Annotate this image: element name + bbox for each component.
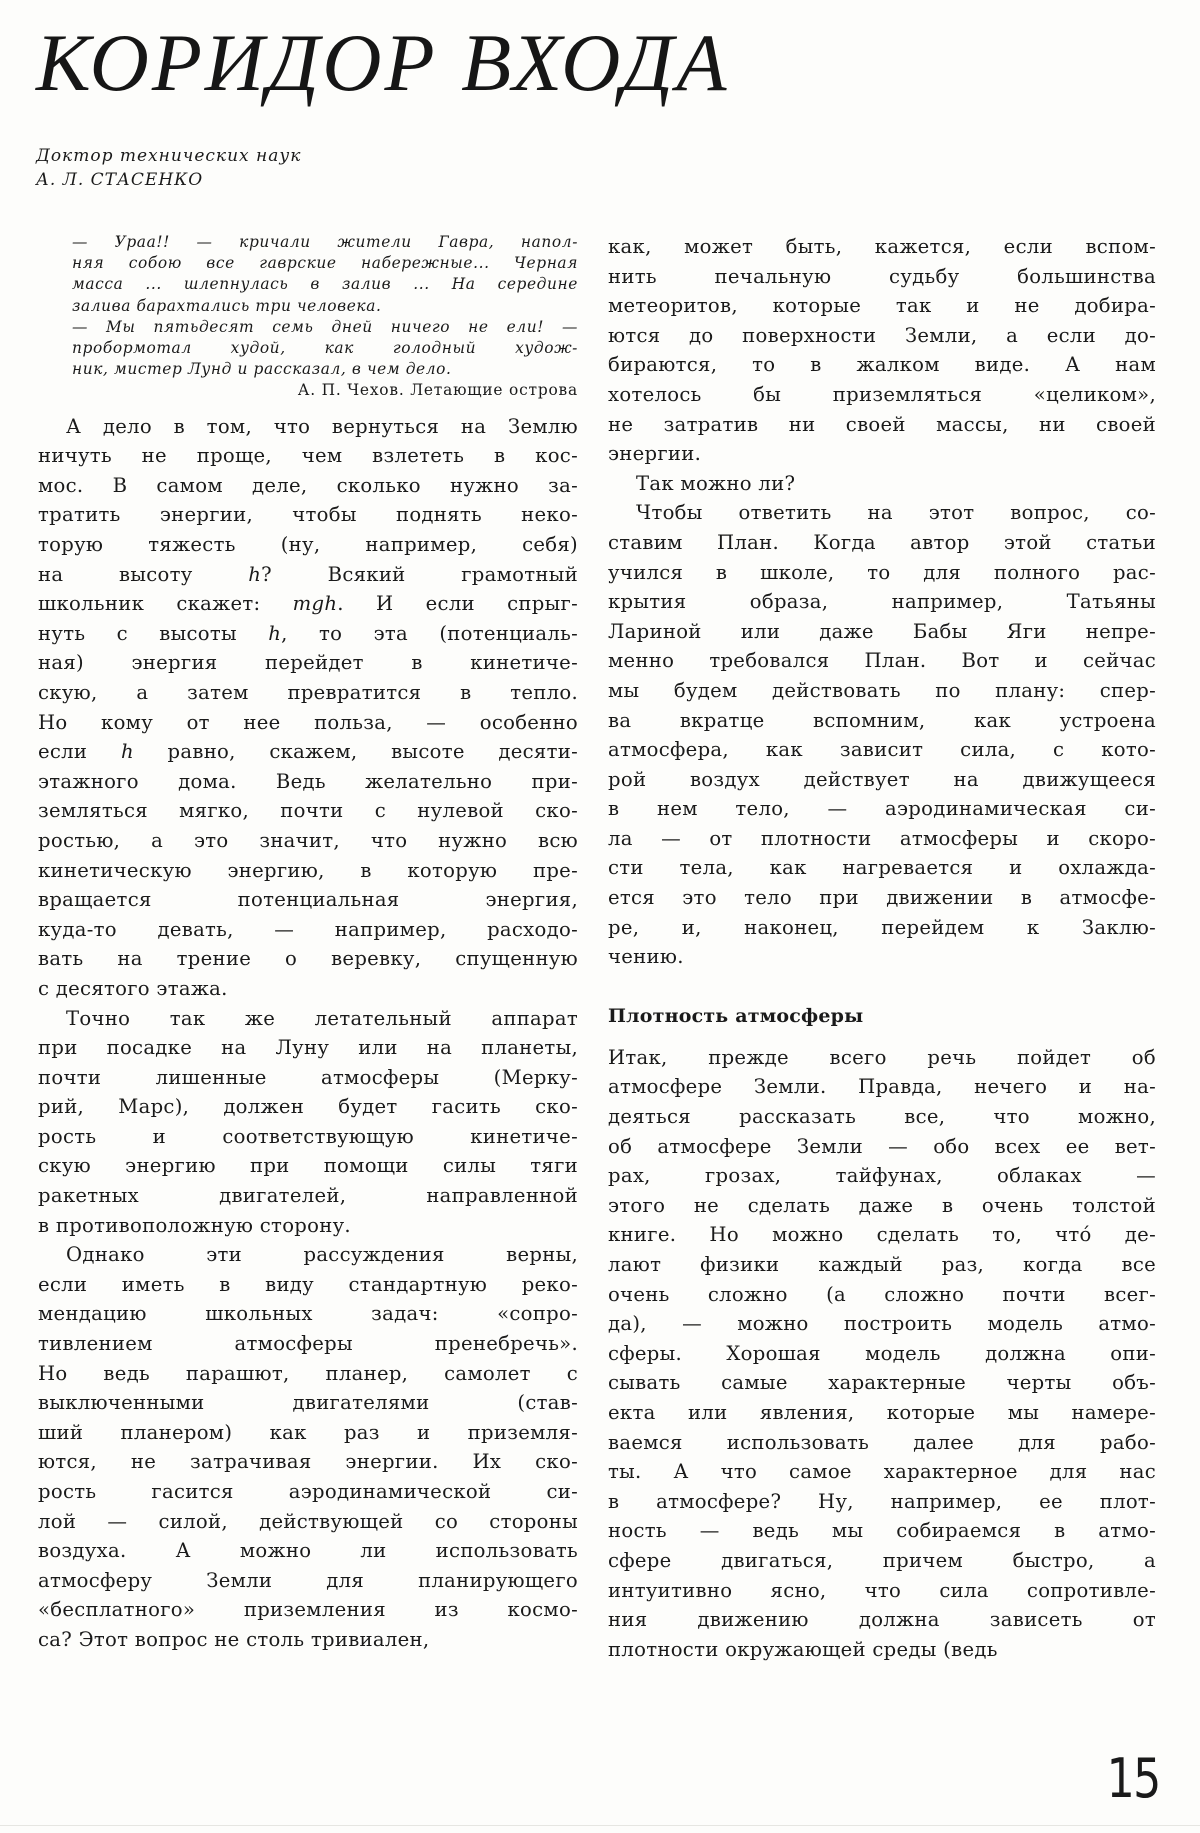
text-line: ются до поверхности Земли, а если до- [608,321,1156,351]
text-line: рой воздух действует на движущееся [608,765,1156,795]
text-line: с десятого этажа. [38,974,578,1004]
text-line: учился в школе, то для полного рас- [608,558,1156,588]
text-line: ре, и, наконец, перейдем к Заклю- [608,913,1156,943]
author-degree: Доктор технических наук [36,144,301,168]
text-line: об атмосфере Земли — обо всех ее вет- [608,1132,1156,1162]
text-line: Но ведь парашют, планер, самолет с [38,1359,578,1389]
text-line: рость и соответствующую кинетиче- [38,1122,578,1152]
text-line: рах, грозах, тайфунах, облаках — [608,1161,1156,1191]
text-line: метеоритов, которые так и не добира- [608,291,1156,321]
text-line: земляться мягко, почти с нулевой ско- [38,796,578,826]
text-line: Но кому от нее польза, — особенно [38,708,578,738]
text-line: «бесплатного» приземления из космо- [38,1595,578,1625]
text-line: при посадке на Луну или на планеты, [38,1033,578,1063]
text-line: мы будем действовать по плану: спер- [608,676,1156,706]
text-line: ваемся использовать далее для рабо- [608,1428,1156,1458]
text-line: Так можно ли? [608,469,1156,499]
page-number: 15 [1107,1752,1160,1806]
epigraph: — Ураа!! — кричали жители Гавра, напол-н… [72,232,578,402]
text-line: этажного дома. Ведь желательно при- [38,767,578,797]
page-edge-divider [0,1825,1200,1826]
text-line: ла — от плотности атмосферы и скоро- [608,824,1156,854]
paragraph: как, может быть, кажется, если вспом-нит… [608,232,1156,469]
text-line: скую энергию при помощи силы тяги [38,1151,578,1181]
text-line: Однако эти рассуждения верны, [38,1240,578,1270]
text-line: этого не сделать даже в очень толстой [608,1191,1156,1221]
text-line: ший планером) как раз и приземля- [38,1418,578,1448]
text-line: книге. Но можно сделать то, что́ де- [608,1220,1156,1250]
text-line: лой — силой, действующей со стороны [38,1507,578,1537]
left-body-text: А дело в том, что вернуться на Землюничу… [38,412,578,1655]
text-line: рость гасится аэродинамической си- [38,1477,578,1507]
text-line: мендацию школьных задач: «сопро- [38,1299,578,1329]
text-line: вать на трение о веревку, спущенную [38,944,578,974]
paragraph: А дело в том, что вернуться на Землюничу… [38,412,578,1004]
text-line: вращается потенциальная энергия, [38,885,578,915]
text-line: А дело в том, что вернуться на Землю [38,412,578,442]
epigraph-line: няя собою все гаврские набережные... Чер… [72,253,578,274]
right-body-text-after: Итак, прежде всего речь пойдет обатмосфе… [608,1043,1156,1664]
epigraph-line: ник, мистер Лунд и рассказал, в чем дело… [72,359,578,380]
paragraph: Итак, прежде всего речь пойдет обатмосфе… [608,1043,1156,1664]
text-line: мос. В самом деле, сколько нужно за- [38,471,578,501]
right-body-text-before: как, может быть, кажется, если вспом-нит… [608,232,1156,972]
text-line: плотности окружающей среды (ведь [608,1635,1156,1665]
text-line: са? Этот вопрос не столь тривиален, [38,1625,578,1655]
text-line: Чтобы ответить на этот вопрос, со- [608,498,1156,528]
text-line: бираются, то в жалком виде. А нам [608,350,1156,380]
text-line: тивлением атмосферы пренебречь». [38,1329,578,1359]
text-line: да), — можно построить модель атмо- [608,1309,1156,1339]
text-line: атмосфера, как зависит сила, с кото- [608,735,1156,765]
epigraph-line: — Мы пятьдесят семь дней ничего не ели! … [72,317,578,338]
text-line: ставим План. Когда автор этой статьи [608,528,1156,558]
text-line: кинетическую энергию, в которую пре- [38,856,578,886]
text-line: хотелось бы приземляться «целиком», [608,380,1156,410]
text-line: рий, Марс), должен будет гасить ско- [38,1092,578,1122]
text-line: как, может быть, кажется, если вспом- [608,232,1156,262]
text-line: в атмосфере? Ну, например, ее плот- [608,1487,1156,1517]
paragraph: Чтобы ответить на этот вопрос, со-ставим… [608,498,1156,972]
text-line: ты. А что самое характерное для нас [608,1457,1156,1487]
section-heading: Плотность атмосферы [608,1002,1156,1031]
text-line: екта или явления, которые мы намере- [608,1398,1156,1428]
text-line: ность — ведь мы собираемся в атмо- [608,1516,1156,1546]
text-line: сфере двигаться, причем быстро, а [608,1546,1156,1576]
epigraph-line: масса ... шлепнулась в залив ... На сере… [72,274,578,295]
text-line: воздуха. А можно ли использовать [38,1536,578,1566]
text-line: ния движению должна зависеть от [608,1605,1156,1635]
text-line: почти лишенные атмосферы (Мерку- [38,1063,578,1093]
text-line: Лариной или даже Бабы Яги непре- [608,617,1156,647]
text-line: крытия образа, например, Татьяны [608,587,1156,617]
text-line: ются, не затрачивая энергии. Их ско- [38,1447,578,1477]
text-line: тратить энергии, чтобы поднять неко- [38,500,578,530]
text-line: ростью, а это значит, что нужно всю [38,826,578,856]
text-line: скую, а затем превратится в тепло. [38,678,578,708]
text-line: атмосферу Земли для планирующего [38,1566,578,1596]
text-line: торую тяжесть (ну, например, себя) [38,530,578,560]
author-name: А. Л. СТАСЕНКО [36,168,301,192]
byline: Доктор технических наук А. Л. СТАСЕНКО [36,144,301,192]
text-line: нить печальную судьбу большинства [608,262,1156,292]
text-line: ракетных двигателей, направленной [38,1181,578,1211]
text-line: Точно так же летательный аппарат [38,1004,578,1034]
epigraph-source: А. П. Чехов. Летающие острова [72,380,578,401]
text-line: деяться рассказать все, что можно, [608,1102,1156,1132]
text-line: чению. [608,942,1156,972]
right-column: как, может быть, кажется, если вспом-нит… [608,232,1156,1664]
text-line: ная) энергия перейдет в кинетиче- [38,648,578,678]
text-line: ется это тело при движении в атмосфе- [608,883,1156,913]
text-line: Итак, прежде всего речь пойдет об [608,1043,1156,1073]
text-line: на высоту h? Всякий грамотный [38,560,578,590]
text-line: атмосфере Земли. Правда, нечего и на- [608,1072,1156,1102]
text-line: в нем тело, — аэродинамическая си- [608,794,1156,824]
text-line: менно требовался План. Вот и сейчас [608,646,1156,676]
text-line: сывать самые характерные черты объ- [608,1368,1156,1398]
epigraph-line: пробормотал худой, как голодный худож- [72,338,578,359]
text-line: лают физики каждый раз, когда все [608,1250,1156,1280]
article-title: КОРИДОР ВХОДА [36,22,730,104]
text-line: очень сложно (а сложно почти всег- [608,1280,1156,1310]
text-line: школьник скажет: mgh. И если спрыг- [38,589,578,619]
epigraph-line: — Ураа!! — кричали жители Гавра, напол- [72,232,578,253]
text-line: ва вкратце вспомним, как устроена [608,706,1156,736]
paragraph: Так можно ли? [608,469,1156,499]
text-line: не затратив ни своей массы, ни своей [608,410,1156,440]
text-line: нуть с высоты h, то эта (потенциаль- [38,619,578,649]
text-line: в противоположную сторону. [38,1211,578,1241]
left-column: — Ураа!! — кричали жители Гавра, напол-н… [38,232,578,1655]
text-line: интуитивно ясно, что сила сопротивле- [608,1576,1156,1606]
text-line: сти тела, как нагревается и охлажда- [608,853,1156,883]
text-line: куда-то девать, — например, расходо- [38,915,578,945]
text-line: выключенными двигателями (став- [38,1388,578,1418]
epigraph-line: залива барахтались три человека. [72,296,578,317]
text-line: если h равно, скажем, высоте десяти- [38,737,578,767]
text-line: если иметь в виду стандартную реко- [38,1270,578,1300]
text-line: энергии. [608,439,1156,469]
text-line: сферы. Хорошая модель должна опи- [608,1339,1156,1369]
text-line: ничуть не проще, чем взлететь в кос- [38,441,578,471]
paragraph: Однако эти рассуждения верны,если иметь … [38,1240,578,1654]
paragraph: Точно так же летательный аппаратпри поса… [38,1004,578,1241]
